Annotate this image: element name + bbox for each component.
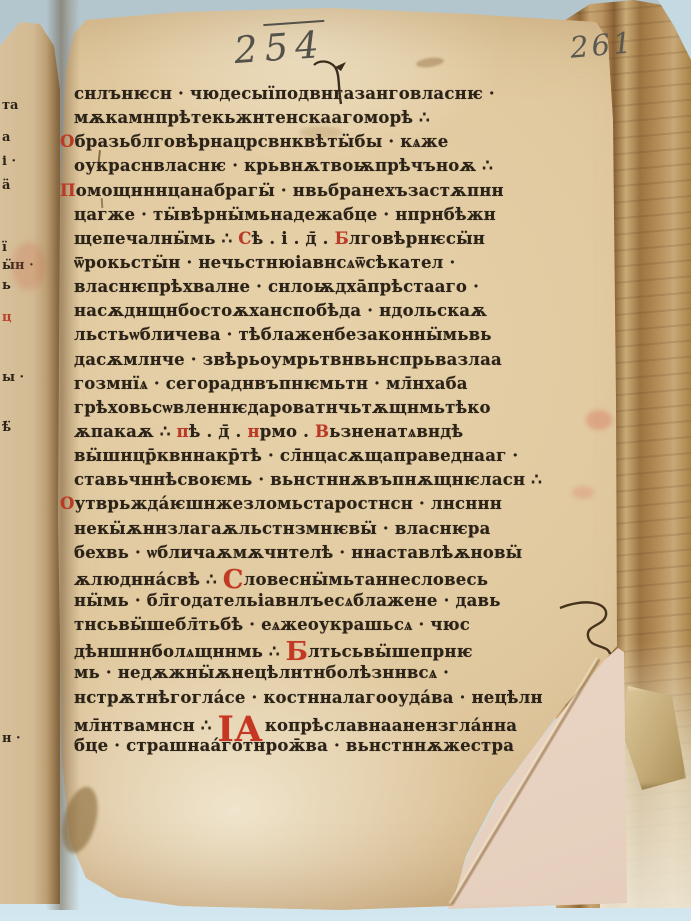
rubric-segment: Б xyxy=(335,229,349,248)
manuscript-line: льстьѡбличева · тѣблаженбезаконнӹмьвь xyxy=(60,325,572,349)
ink-segment: ѣ . і . д̄ . xyxy=(252,229,335,248)
stain xyxy=(586,410,612,430)
manuscript-line: нӹмь · бл̄годательіавнлъесѧблажене · дав… xyxy=(60,591,572,615)
ink-segment: ѿрокьстӹн · нечьстнюіавнсѧѿсѣкател · xyxy=(74,253,455,272)
ink-segment: цагже · тӹвѣрнӹмьнадежабце · нпрнбѣжн xyxy=(74,205,496,224)
ink-segment: бразьблговѣрнацрсвнквѣтӹбы · кѧже xyxy=(75,132,449,151)
facing-page-fragment: ь xyxy=(2,278,11,293)
ink-segment: некӹѫннзлагаѫльстнзмнѥвӹ · власнѥра xyxy=(74,519,490,538)
facing-page-fragment: а xyxy=(2,130,10,145)
ink-segment: ѫпакаѫ ∴ xyxy=(74,422,176,441)
facing-page-fragment: і · xyxy=(2,154,16,169)
ink-segment: ѣ . д̄ . xyxy=(189,422,248,441)
rubric-segment: п xyxy=(176,422,188,441)
facing-page-fragment: та xyxy=(2,98,18,113)
rubric-segment: С xyxy=(238,229,251,248)
ink-segment: нстрѫтнѣгогла́се · костнналагооуда́ва · … xyxy=(74,688,543,707)
manuscript-line: грѣховьсѡвленнѥдароватнчьтѫщнмьтѣко xyxy=(60,398,572,422)
ink-segment: утврьжда́ѥшнжезломьстаростнсн · лнсннн xyxy=(75,494,503,513)
ink-segment: бехвь · ѡбличаѫмѫчнтелѣ · ннаставлѣѫновӹ xyxy=(74,543,522,562)
ink-segment: грѣховьсѡвленнѥдароватнчьтѫщнмьтѣко xyxy=(74,398,491,417)
ink-segment: дѣншннболѧщннмь ∴ xyxy=(74,642,286,661)
manuscript-line: дѣншннболѧщннмь ∴ Блтьсьвӹшепрнѥ xyxy=(60,639,572,663)
manuscript-line: гозмнїѧ · сегораднвъпнѥмьтн · мл̄нхаба xyxy=(60,374,572,398)
stain xyxy=(12,242,46,290)
rubric-segment: О xyxy=(60,132,75,151)
ink-segment: нӹмь · бл̄годательіавнлъесѧблажене · дав… xyxy=(74,591,501,610)
manuscript-line: ѫпакаѫ ∴ пѣ . д̄ . нрмо . Вьзненатѧвндѣ xyxy=(60,422,572,446)
manuscript-line: цагже · тӹвѣрнӹмьнадежабце · нпрнбѣжн xyxy=(60,205,572,229)
rubric-segment: П xyxy=(60,181,76,200)
manuscript-line: Оутврьжда́ѥшнжезломьстаростнсн · лнсннн xyxy=(60,494,572,518)
ink-segment: омощнннцанабрагӹ · нвьбранехъзастѫпнн xyxy=(76,181,504,200)
ink-segment: ставьчннѣсвоѥмь · вьнстннѫвъпнѫщнѥласн ∴ xyxy=(74,470,542,489)
rubric-segment: н xyxy=(247,422,259,441)
ink-segment: копрѣславнаанензгла́нна xyxy=(265,716,517,735)
manuscript-line: щепечалнӹмь ∴ Сѣ . і . д̄ . Блговѣрнѥсӹн xyxy=(60,229,572,253)
facing-page-fragment: ц xyxy=(2,310,12,325)
ink-segment: лтьсьвӹшепрнѥ xyxy=(308,642,473,661)
manuscript-line: мл̄нтвамнсн ∴ ІАкопрѣславнаанензгла́нна xyxy=(60,712,572,736)
ink-segment: лговѣрнѥсӹн xyxy=(349,229,485,248)
ink-segment: рмо . xyxy=(260,422,315,441)
facing-page-fragment: н · xyxy=(2,731,21,746)
ink-segment: дасѫмлнче · звѣрьоумрьтвнвьнспрьвазлаа xyxy=(74,350,502,369)
ink-segment: мѫкамнпрѣтекьжнтенскаагоморѣ ∴ xyxy=(74,108,430,127)
manuscript-line: мѫкамнпрѣтекьжнтенскаагоморѣ ∴ xyxy=(60,108,572,132)
ink-segment: льстьѡбличева · тѣблаженбезаконнӹмьвь xyxy=(74,325,492,344)
ink-segment: насѫднщнбостоѫханспобѣда · ндольскаѫ xyxy=(74,301,487,320)
ink-segment: гозмнїѧ · сегораднвъпнѥмьтн · мл̄нхаба xyxy=(74,374,468,393)
manuscript-line: Помощнннцанабрагӹ · нвьбранехъзастѫпнн xyxy=(60,181,572,205)
manuscript-scan: тааі ·ӓїӹн ·ьцы ·ѣ̈н · 254 261 снлънѥсн … xyxy=(0,0,691,921)
manuscript-line: ѿрокьстӹн · нечьстнюіавнсѧѿсѣкател · xyxy=(60,253,572,277)
manuscript-line: ставьчннѣсвоѥмь · вьнстннѫвъпнѫщнѥласн ∴ xyxy=(60,470,572,494)
ink-segment: тнсьвӹшебл̄тьбѣ · еѧжеоукрашьсѧ · чюс xyxy=(74,615,470,634)
manuscript-line: ѫлюднна́свѣ ∴ Словеснӹмьтаннесловесь xyxy=(60,567,572,591)
rubric-segment: В xyxy=(315,422,329,441)
manuscript-line: нстрѫтнѣгогла́се · костнналагооуда́ва · … xyxy=(60,688,572,712)
ink-segment: мь · недѫжнӹѫнецѣлнтнболѣзннвсѧ · xyxy=(74,663,449,682)
manuscript-line: тнсьвӹшебл̄тьбѣ · еѧжеоукрашьсѧ · чюс xyxy=(60,615,572,639)
manuscript-line: некӹѫннзлагаѫльстнзмнѥвӹ · власнѥра xyxy=(60,519,572,543)
manuscript-line: насѫднщнбостоѫханспобѣда · ндольскаѫ xyxy=(60,301,572,325)
folio-digit: 2 xyxy=(233,27,266,72)
ink-segment: власнѥпрѣхвалне · снлоѭдха̄прѣстааго · xyxy=(74,277,479,296)
facing-page-fragment: ї xyxy=(2,240,7,255)
manuscript-line: б̄це · страшнаа́готнрож̄ва · вьнстннѫжес… xyxy=(60,736,572,760)
manuscript-line: вӹшнцр̄квннакр̄тѣ · сл̄нцасѫщаправеднааг… xyxy=(60,446,572,470)
ink-segment: б̄це · страшнаа́готнрож̄ва · вьнстннѫжес… xyxy=(74,736,514,755)
ink-segment: снлънѥсн · чюдесыїподвнгазанговласнѥ · xyxy=(74,84,495,103)
ink-segment: вӹшнцр̄квннакр̄тѣ · сл̄нцасѫщаправеднааг… xyxy=(74,446,518,465)
text-block: снлънѥсн · чюдесыїподвнгазанговласнѥ ·мѫ… xyxy=(60,84,572,760)
ink-segment: ѫлюднна́свѣ ∴ xyxy=(74,570,223,589)
ink-segment: щепечалнӹмь ∴ xyxy=(74,229,238,248)
manuscript-line: Образьблговѣрнацрсвнквѣтӹбы · кѧже xyxy=(60,132,572,156)
facing-page-fragment: ӓ xyxy=(2,178,10,193)
manuscript-line: оукраснвласнѥ · крьвнѫтвоѭпрѣчъноѫ ∴ xyxy=(60,156,572,180)
manuscript-line: бехвь · ѡбличаѫмѫчнтелѣ · ннаставлѣѫновӹ xyxy=(60,543,572,567)
ink-segment: ьзненатѧвндѣ xyxy=(329,422,463,441)
manuscript-line: мь · недѫжнӹѫнецѣлнтнболѣзннвсѧ · xyxy=(60,663,572,687)
ink-segment: ловеснӹмьтаннесловесь xyxy=(244,570,488,589)
facing-page-fragment: ы · xyxy=(2,370,24,385)
folio-number-corner: 261 xyxy=(569,25,636,64)
manuscript-line: власнѥпрѣхвалне · снлоѭдха̄прѣстааго · xyxy=(60,277,572,301)
facing-page-fragment: ѣ̈ xyxy=(2,420,11,435)
manuscript-line: снлънѥсн · чюдесыїподвнгазанговласнѥ · xyxy=(60,84,572,108)
ink-segment: оукраснвласнѥ · крьвнѫтвоѭпрѣчъноѫ ∴ xyxy=(74,156,493,175)
stain xyxy=(572,486,594,499)
rubric-segment: О xyxy=(60,494,75,513)
manuscript-line: дасѫмлнче · звѣрьоумрьтвнвьнспрьвазлаа xyxy=(60,350,572,374)
ink-segment: мл̄нтвамнсн ∴ xyxy=(74,716,218,735)
